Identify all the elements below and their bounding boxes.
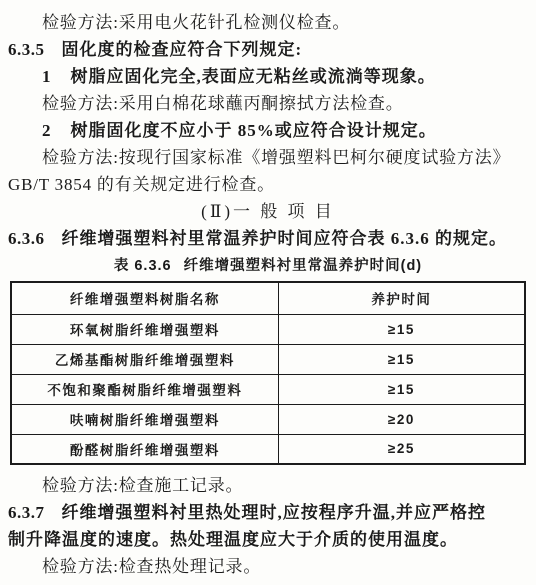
- resin-name-cell: 酚醛树脂纤维增强塑料: [11, 434, 278, 464]
- inspection-method-barcol-hardness: 检验方法:按现行国家标准《增强塑料巴柯尔硬度试验方法》GB/T 3854 的有关…: [8, 144, 528, 198]
- table-number: 表 6.3.6: [114, 258, 172, 274]
- clause-6-3-5: 6.3.5固化度的检查应符合下列规定:: [8, 36, 528, 63]
- section-header-general-items: (Ⅱ)一 般 项 目: [8, 198, 528, 225]
- curing-time-cell: ≥15: [278, 344, 525, 374]
- resin-name-cell: 呋喃树脂纤维增强塑料: [11, 404, 278, 434]
- subitem-number: 1: [42, 67, 52, 86]
- clause-number: 6.3.7: [8, 503, 45, 522]
- resin-name-cell: 不饱和聚酯树脂纤维增强塑料: [11, 374, 278, 404]
- curing-time-cell: ≥20: [278, 404, 525, 434]
- inspection-method-heat-treatment-record: 检验方法:检查热处理记录。: [8, 553, 528, 580]
- method-line-2: GB/T 3854 的有关规定进行检查。: [8, 171, 528, 198]
- subitem-1: 1树脂应固化完全,表面应无粘丝或流淌等现象。: [8, 63, 528, 90]
- document-page: 检验方法:采用电火花针孔检测仪检查。 6.3.5固化度的检查应符合下列规定: 1…: [0, 0, 536, 585]
- col-header-curing-time: 养护时间: [278, 282, 525, 314]
- curing-time-cell: ≥15: [278, 314, 525, 344]
- table-row: 环氧树脂纤维增强塑料 ≥15: [11, 314, 525, 344]
- subitem-text: 树脂应固化完全,表面应无粘丝或流淌等现象。: [71, 67, 436, 86]
- curing-time-table: 纤维增强塑料树脂名称 养护时间 环氧树脂纤维增强塑料 ≥15 乙烯基酯树脂纤维增…: [10, 281, 526, 465]
- subitem-text: 树脂固化度不应小于 85%或应符合设计规定。: [71, 121, 437, 140]
- resin-name-cell: 乙烯基酯树脂纤维增强塑料: [11, 344, 278, 374]
- table-row: 乙烯基酯树脂纤维增强塑料 ≥15: [11, 344, 525, 374]
- table-row: 酚醛树脂纤维增强塑料 ≥25: [11, 434, 525, 464]
- inspection-method-acetone-wipe: 检验方法:采用白棉花球蘸丙酮擦拭方法检查。: [8, 90, 528, 117]
- table-title-text: 纤维增强塑料衬里常温养护时间(d): [184, 258, 423, 274]
- clause-6-3-6: 6.3.6纤维增强塑料衬里常温养护时间应符合表 6.3.6 的规定。: [8, 225, 528, 252]
- table-row: 不饱和聚酯树脂纤维增强塑料 ≥15: [11, 374, 525, 404]
- table-header-row: 纤维增强塑料树脂名称 养护时间: [11, 282, 525, 314]
- clause-text: 纤维增强塑料衬里常温养护时间应符合表 6.3.6 的规定。: [62, 229, 508, 248]
- method-line-1: 检验方法:按现行国家标准《增强塑料巴柯尔硬度试验方法》: [42, 148, 510, 167]
- subitem-number: 2: [42, 121, 52, 140]
- clause-text: 固化度的检查应符合下列规定:: [62, 40, 303, 59]
- resin-name-cell: 环氧树脂纤维增强塑料: [11, 314, 278, 344]
- inspection-method-construction-record: 检验方法:检查施工记录。: [8, 472, 528, 499]
- curing-time-cell: ≥25: [278, 434, 525, 464]
- clause-line-2: 制升降温度的速度。热处理温度应大于介质的使用温度。: [8, 526, 528, 553]
- clause-6-3-7: 6.3.7纤维增强塑料衬里热处理时,应按程序升温,并应严格控制升降温度的速度。热…: [8, 499, 528, 553]
- col-header-resin-name: 纤维增强塑料树脂名称: [11, 282, 278, 314]
- clause-number: 6.3.5: [8, 40, 45, 59]
- table-row: 呋喃树脂纤维增强塑料 ≥20: [11, 404, 525, 434]
- subitem-2: 2树脂固化度不应小于 85%或应符合设计规定。: [8, 117, 528, 144]
- clause-line-1: 纤维增强塑料衬里热处理时,应按程序升温,并应严格控: [62, 503, 487, 522]
- curing-time-cell: ≥15: [278, 374, 525, 404]
- inspection-method-spark-test: 检验方法:采用电火花针孔检测仪检查。: [8, 9, 528, 36]
- table-title: 表 6.3.6纤维增强塑料衬里常温养护时间(d): [8, 252, 528, 281]
- clause-number: 6.3.6: [8, 229, 45, 248]
